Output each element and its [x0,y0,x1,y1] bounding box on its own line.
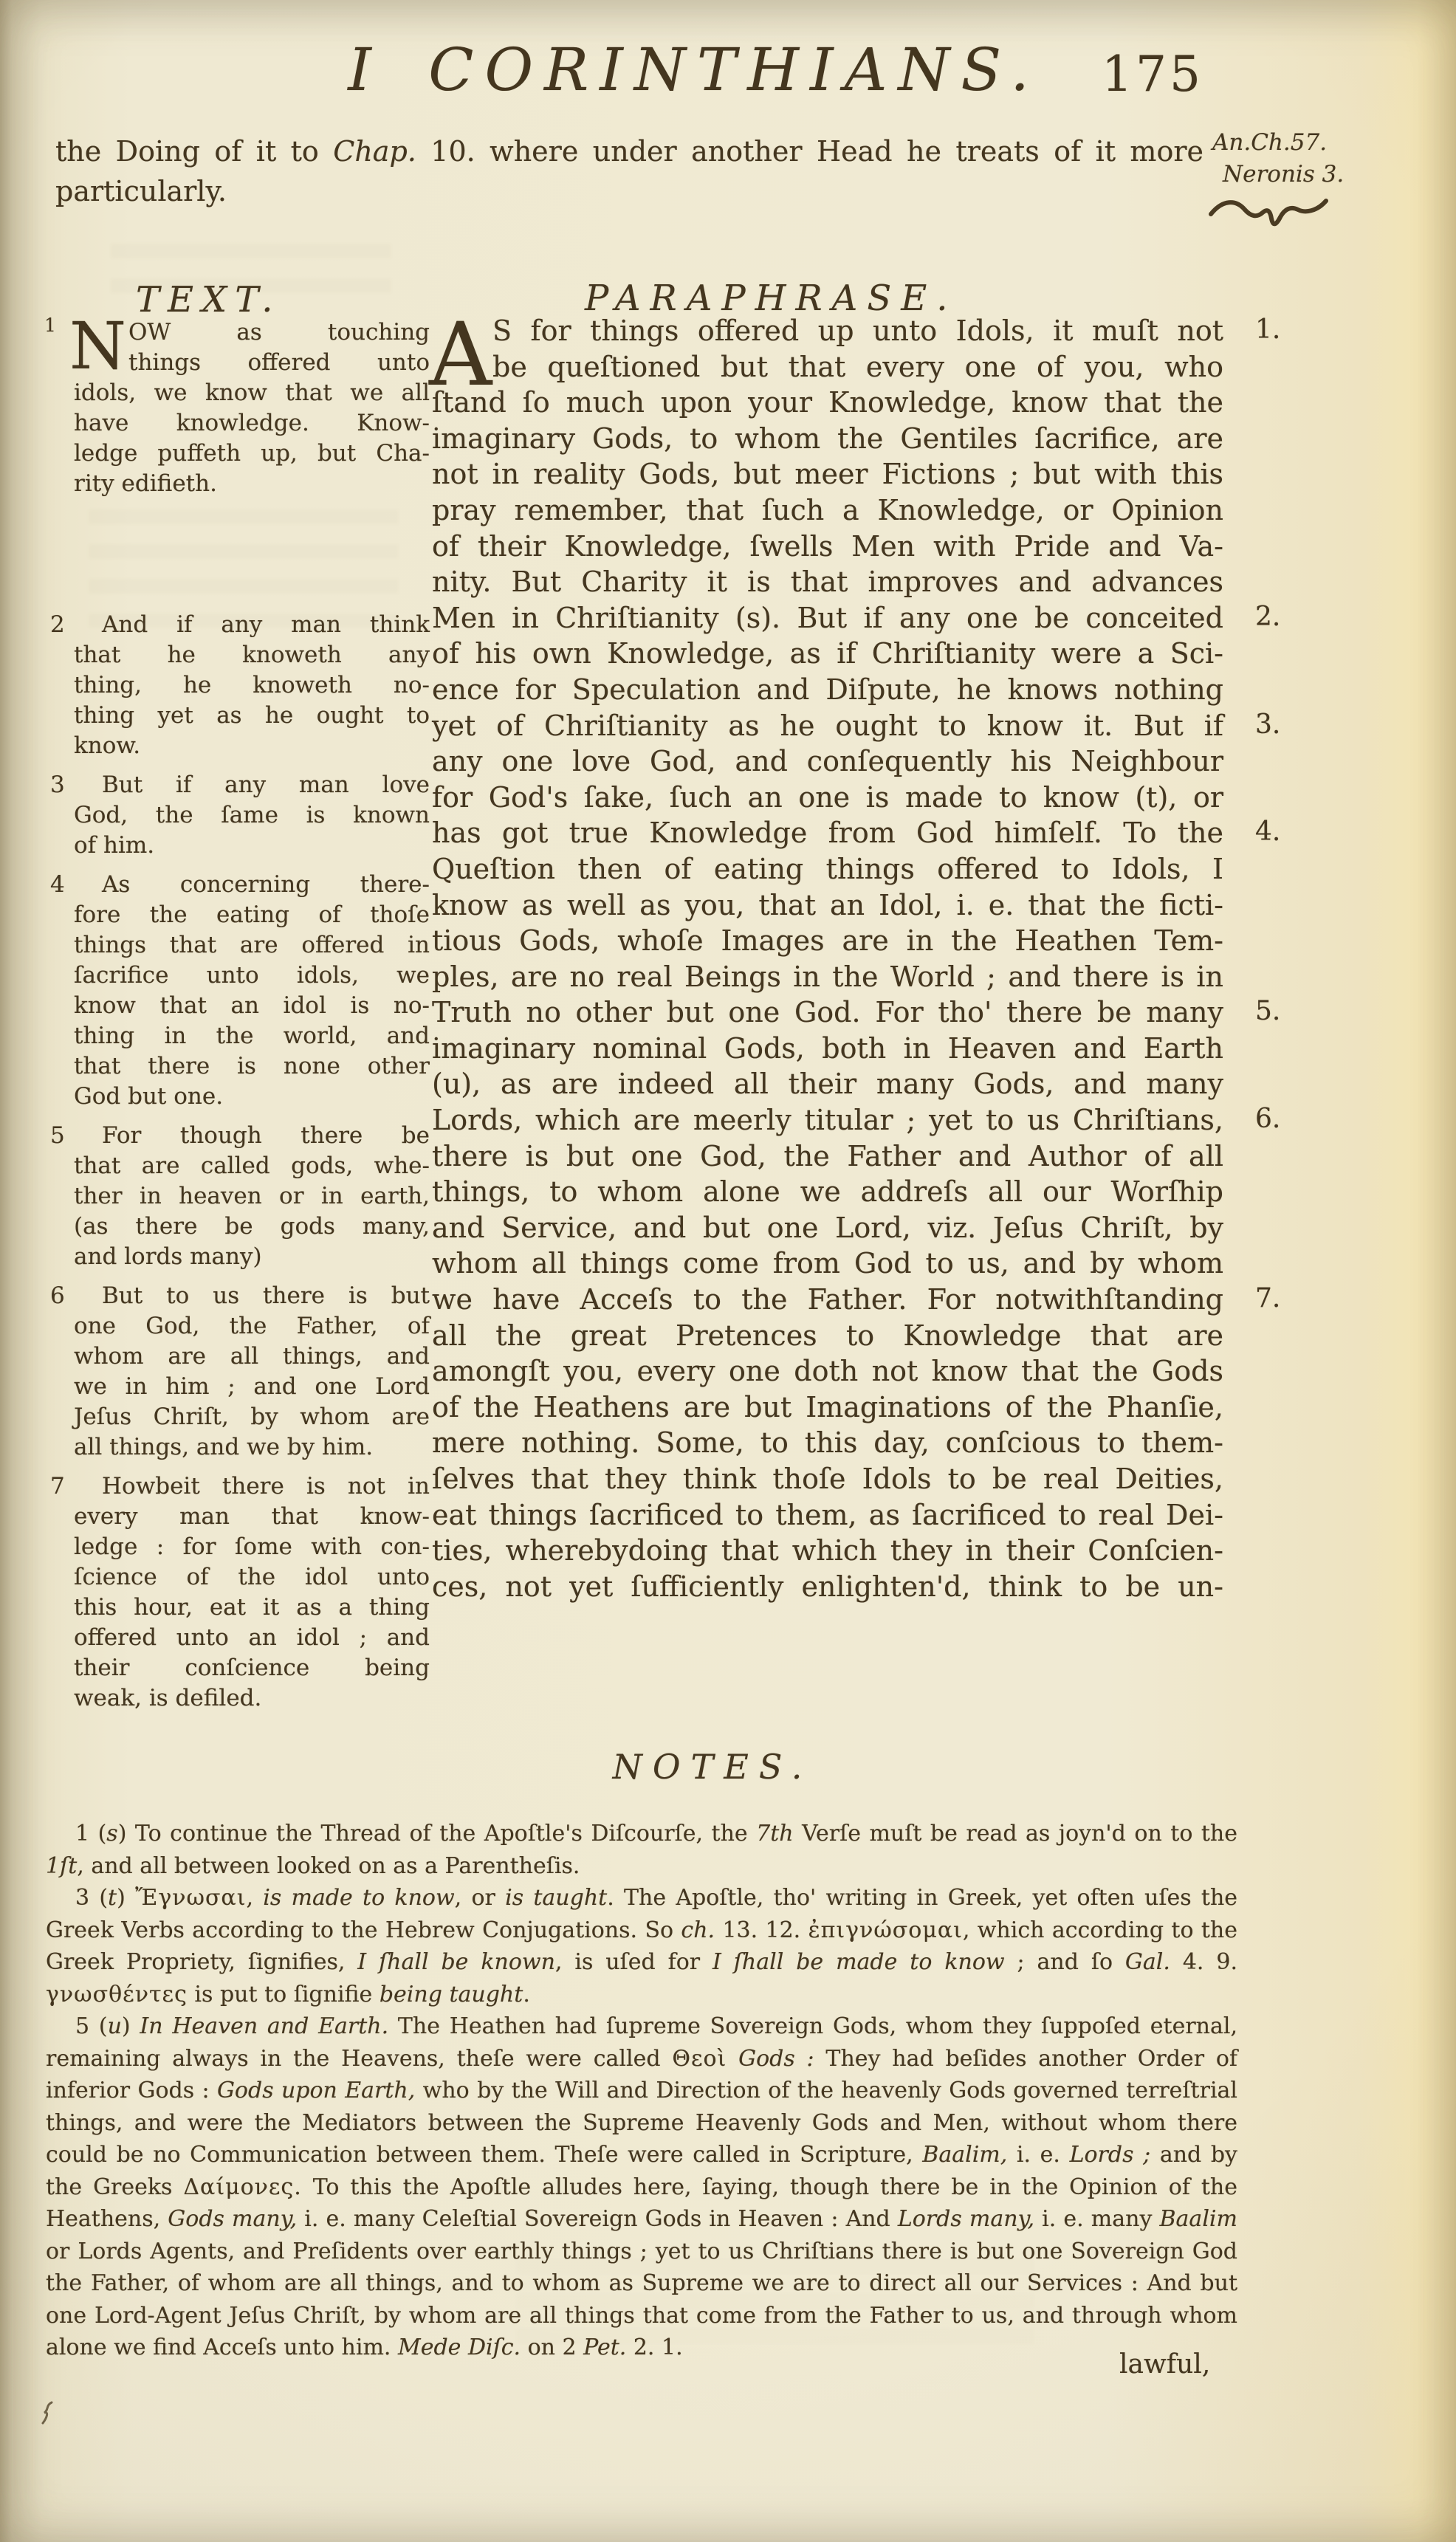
verse-line: ther in heaven or in earth, [74,1181,430,1212]
greek-text: ἐπιγνώσομαι [808,1917,963,1943]
paraphrase-line: not in reality Gods, but meer Fictions ;… [432,456,1223,492]
verse-line: God, the ſame is known [74,800,430,831]
verse-number: 6 [50,1282,65,1309]
paraphrase-line: be queſtioned but that every one of you,… [432,349,1223,385]
verse-line: weak, is defiled. [74,1683,430,1714]
text-run: 1 ( [75,1821,106,1847]
verse-line: thing, he knoweth no- [74,670,430,701]
verse-line: whom are all things, and [74,1342,430,1372]
greek-text: Ἔγνωσαι [135,1885,246,1911]
paraphrase-line: there is but one God, the Father and Aut… [432,1138,1223,1175]
paraphrase-line: things, to whom alone we addreſs all our… [432,1174,1223,1210]
note-item: 1 (s) To continue the Thread of the Apoſ… [46,1818,1237,1882]
verse-line: thing in the world, and [74,1021,430,1051]
italic-text: I ſhall be made to know [712,1949,1005,1975]
intro-line: particularly. [55,171,1203,211]
text-run: ) [122,2013,140,2039]
text-run: i. e. [1007,2142,1069,2168]
verse-line: know. [74,731,430,761]
paraphrase-line: Truth no other but one God. For tho' the… [432,995,1223,1031]
paraphrase-line: imaginary nominal Gods, both in Heaven a… [432,1031,1223,1067]
text-column: 1NOW as touchingthings offered untoidols… [74,317,430,1722]
verse-line: every man that know- [74,1502,430,1532]
italic-text: Pet. [583,2335,626,2360]
text-run: i. e. many [1034,2206,1159,2232]
text-run: 2. 1. [626,2335,682,2360]
verse: 5For though there bethat are called gods… [74,1121,430,1272]
paraphrase-line: Men in Chriſtianity (s). But if any one … [432,600,1223,636]
verse-line: of him. [74,831,430,861]
text-run: ) [117,1885,135,1911]
paraphrase-line: we have Acceſs to the Father. For notwit… [432,1282,1223,1318]
verse-line: offered unto an idol ; and [74,1623,430,1653]
paraphrase-line: yet of Chriſtianity as he ought to know … [432,708,1223,744]
text-run: particularly. [55,175,227,207]
ink-smudge-icon [38,2401,58,2426]
notes-section: 1 (s) To continue the Thread of the Apoſ… [46,1818,1237,2364]
italic-text: Gods : [738,2046,814,2072]
italic-text: Gods many, [168,2206,297,2232]
italic-text: is made to know [263,1885,454,1911]
text-run: i. e. many Celeſtial Sovereign Gods in H… [297,2206,898,2232]
greek-text: Θεοὶ [672,2046,727,2072]
notes-heading: NOTES. [0,1747,1425,1787]
verse-line: ledge : for ſome with con- [74,1532,430,1562]
paraphrase-line: Queſtion then of eating things offered t… [432,851,1223,887]
text-run: ) To continue the Thread of the Apoſtle'… [118,1821,756,1847]
text-run: . [523,1982,530,2007]
paraphrase-line: of the Heathens are but Imaginations of … [432,1389,1223,1426]
verse-line: and lords many) [74,1242,430,1272]
verse-number: 7 [50,1473,65,1500]
verse-line: have knowledge. Know- [74,408,430,439]
verse-number: 5 [50,1122,65,1149]
verse-line: things that are offered in [74,930,430,961]
paraphrase-margin-number: 1. [1255,315,1314,345]
text-run: 3 ( [75,1885,108,1911]
paraphrase-line: and Service, and but one Lord, viz. Jeſu… [432,1210,1223,1246]
marginal-annotation-line: Neronis 3. [1212,159,1375,190]
paraphrase-margin-number: 6. [1255,1104,1314,1134]
paraphrase-line: pray remember, that ſuch a Knowledge, or… [432,492,1223,529]
paraphrase-line: whom all things come from God to us, and… [432,1246,1223,1282]
italic-text: Baalim [1160,2206,1237,2232]
verse-line: ledge puffeth up, but Cha- [74,439,430,469]
wavy-flourish-icon [1208,193,1333,229]
verse: 4As concerning there-fore the eating of … [74,870,430,1112]
italic-text: I ſhall be known [357,1949,555,1975]
verse-line: For though there be [74,1121,430,1151]
text-run: 13. 12. [715,1917,808,1943]
paraphrase-line: ties, wherebydoing that which they in th… [432,1533,1223,1569]
italic-text: Lords many, [898,2206,1034,2232]
paraphrase-column: AS for things offered up unto Idols, it … [432,313,1223,1604]
paraphrase-line: eat things ſacrificed to them, as ſacrif… [432,1497,1223,1533]
verse-line: thing yet as he ought to [74,701,430,731]
verse-line: God but one. [74,1082,430,1112]
verse-line: But to us there is but [74,1281,430,1311]
verse-number: 1 [44,315,56,336]
drop-cap: N [69,316,126,377]
marginal-annotation: An.Ch.57. Neronis 3. [1212,127,1375,190]
paraphrase-line: (u), as are indeed all their many Gods, … [432,1066,1223,1102]
paraphrase-line: ces, not yet ſufficiently enlighten'd, t… [432,1569,1223,1605]
intro-line: the Doing of it to Chap. 10. where under… [55,131,1203,171]
text-run: the Doing of it to [55,135,333,168]
verse-line: And if any man think [74,610,430,640]
paraphrase-line: ſelves that they think thoſe Idols to be… [432,1461,1223,1497]
text-run: , [246,1885,263,1911]
verse-line: things offered unto [74,348,430,378]
paraphrase-line: amongſt you, every one doth not know tha… [432,1353,1223,1389]
italic-text: s [106,1821,117,1847]
text-run: is put to ſignifie [188,1982,380,2007]
paraphrase-margin-number: 3. [1255,710,1314,740]
catchword: lawful, [1119,2349,1210,2380]
italic-text: Lords ; [1070,2142,1151,2168]
page-number: 175 [1102,46,1203,103]
text-run: , or [455,1885,505,1911]
verse-line: know that an idol is no- [74,991,430,1021]
paraphrase-line: of their Knowledge, ſwells Men with Prid… [432,529,1223,565]
paraphrase-line: nity. But Charity it is that improves an… [432,564,1223,600]
paraphrase-margin-number: 5. [1255,996,1314,1026]
paraphrase-line: ſtand ſo much upon your Knowledge, know … [432,385,1223,421]
note-item: 3 (t) Ἔγνωσαι, is made to know, or is ta… [46,1882,1237,2010]
paraphrase-line: for God's ſake, ſuch an one is made to k… [432,780,1223,816]
verse-line: one God, the Father, of [74,1311,430,1342]
paraphrase-line: tious Gods, whoſe Images are in the Heat… [432,923,1223,959]
verse-line: idols, we know that we all [74,378,430,408]
text-run: ; and ſo [1005,1949,1125,1975]
book-page: I CORINTHIANS. 175 the Doing of it to Ch… [0,0,1456,2542]
italic-text: Gods upon Earth, [217,2078,415,2103]
italic-text: In Heaven and Earth. [140,2013,388,2039]
italic-text: Chap. [333,135,416,168]
verse-line: ſacrifice unto idols, we [74,961,430,991]
verse-line: all things, and we by him. [74,1432,430,1463]
italic-text: u [108,2013,122,2039]
text-run: on 2 [521,2335,583,2360]
verse: 3But if any man loveGod, the ſame is kno… [74,770,430,861]
verse: 6But to us there is butone God, the Fath… [74,1281,430,1463]
italic-text: t [108,1885,117,1911]
verse: 7Howbeit there is not inevery man that k… [74,1471,430,1714]
text-run: 4. 9. [1170,1949,1237,1975]
text-run: 10. where under another Head he treats o… [416,135,1203,168]
verse-line: Jeſus Chriſt, by whom are [74,1402,430,1432]
verse: 1NOW as touchingthings offered untoidols… [74,317,430,499]
drop-cap: A [429,316,492,393]
paraphrase-line: any one love God, and conſequently his N… [432,743,1223,780]
verse-line: that are called gods, whe- [74,1151,430,1181]
verse-line: But if any man love [74,770,430,800]
greek-text: γνωσθέντες [46,1982,188,2007]
paraphrase-margin-number: 2. [1255,602,1314,632]
greek-text: Δαίμονες. [183,2174,301,2200]
verse-line: their conſcience being [74,1653,430,1683]
text-run: 5 ( [75,2013,108,2039]
verse-line: rity edifieth. [74,469,430,499]
verse-line: that there is none other [74,1051,430,1082]
verse-line: As concerning there- [74,870,430,900]
verse-line: Howbeit there is not in [74,1471,430,1502]
paraphrase-line: of his own Knowledge, as if Chriſtianity… [432,636,1223,672]
note-item: 5 (u) In Heaven and Earth. The Heathen h… [46,2010,1237,2364]
paraphrase-margin-number: 7. [1255,1283,1314,1313]
italic-text: being taught [380,1982,523,2007]
paraphrase-line: ples, are no real Beings in the World ; … [432,959,1223,995]
verse-number: 3 [50,772,65,798]
text-run: , and all between looked on as a Parenth… [77,1853,580,1879]
italic-text: ch. [681,1917,715,1943]
text-column-heading: TEXT. [136,279,281,320]
verse-line: that he knoweth any [74,640,430,670]
verse-line: (as there be gods many, [74,1212,430,1242]
paraphrase-line: know as well as you, that an Idol, i. e.… [432,887,1223,924]
paraphrase-margin-number: 4. [1255,817,1314,847]
italic-text: Gal. [1125,1949,1170,1975]
verse-line: we in him ; and one Lord [74,1372,430,1402]
paraphrase-line: has got true Knowledge from God himſelf.… [432,815,1223,851]
italic-text: Baalim, [922,2142,1007,2168]
italic-text: is taught [505,1885,607,1911]
verse: 2And if any man thinkthat he knoweth any… [74,610,430,761]
paraphrase-line: mere nothing. Some, to this day, conſcio… [432,1425,1223,1461]
verse-number: 4 [50,871,65,898]
paraphrase-line: ence for Speculation and Diſpute, he kno… [432,672,1223,708]
paraphrase-line: Lords, which are meerly titular ; yet to… [432,1102,1223,1138]
italic-text: Mede Diſc. [398,2335,521,2360]
text-run: , is uſed for [555,1949,712,1975]
italic-text: 7th [756,1821,793,1847]
verse-line: OW as touching [74,317,430,348]
marginal-annotation-line: An.Ch.57. [1212,127,1375,159]
intro-paragraph: the Doing of it to Chap. 10. where under… [55,131,1203,211]
paraphrase-line: all the great Pretences to Knowledge tha… [432,1318,1223,1354]
verse-line: fore the eating of thoſe [74,900,430,930]
verse-line: this hour, eat it as a thing [74,1593,430,1623]
paraphrase-line: S for things offered up unto Idols, it m… [432,313,1223,349]
text-run [727,2046,738,2072]
text-run: Verſe muſt be read as joyn'd on to the [794,1821,1237,1847]
paraphrase-line: imaginary Gods, to whom the Gentiles ſac… [432,421,1223,457]
verse-line: ſcience of the idol unto [74,1562,430,1593]
italic-text: 1ſt [46,1853,77,1879]
verse-number: 2 [50,611,65,638]
